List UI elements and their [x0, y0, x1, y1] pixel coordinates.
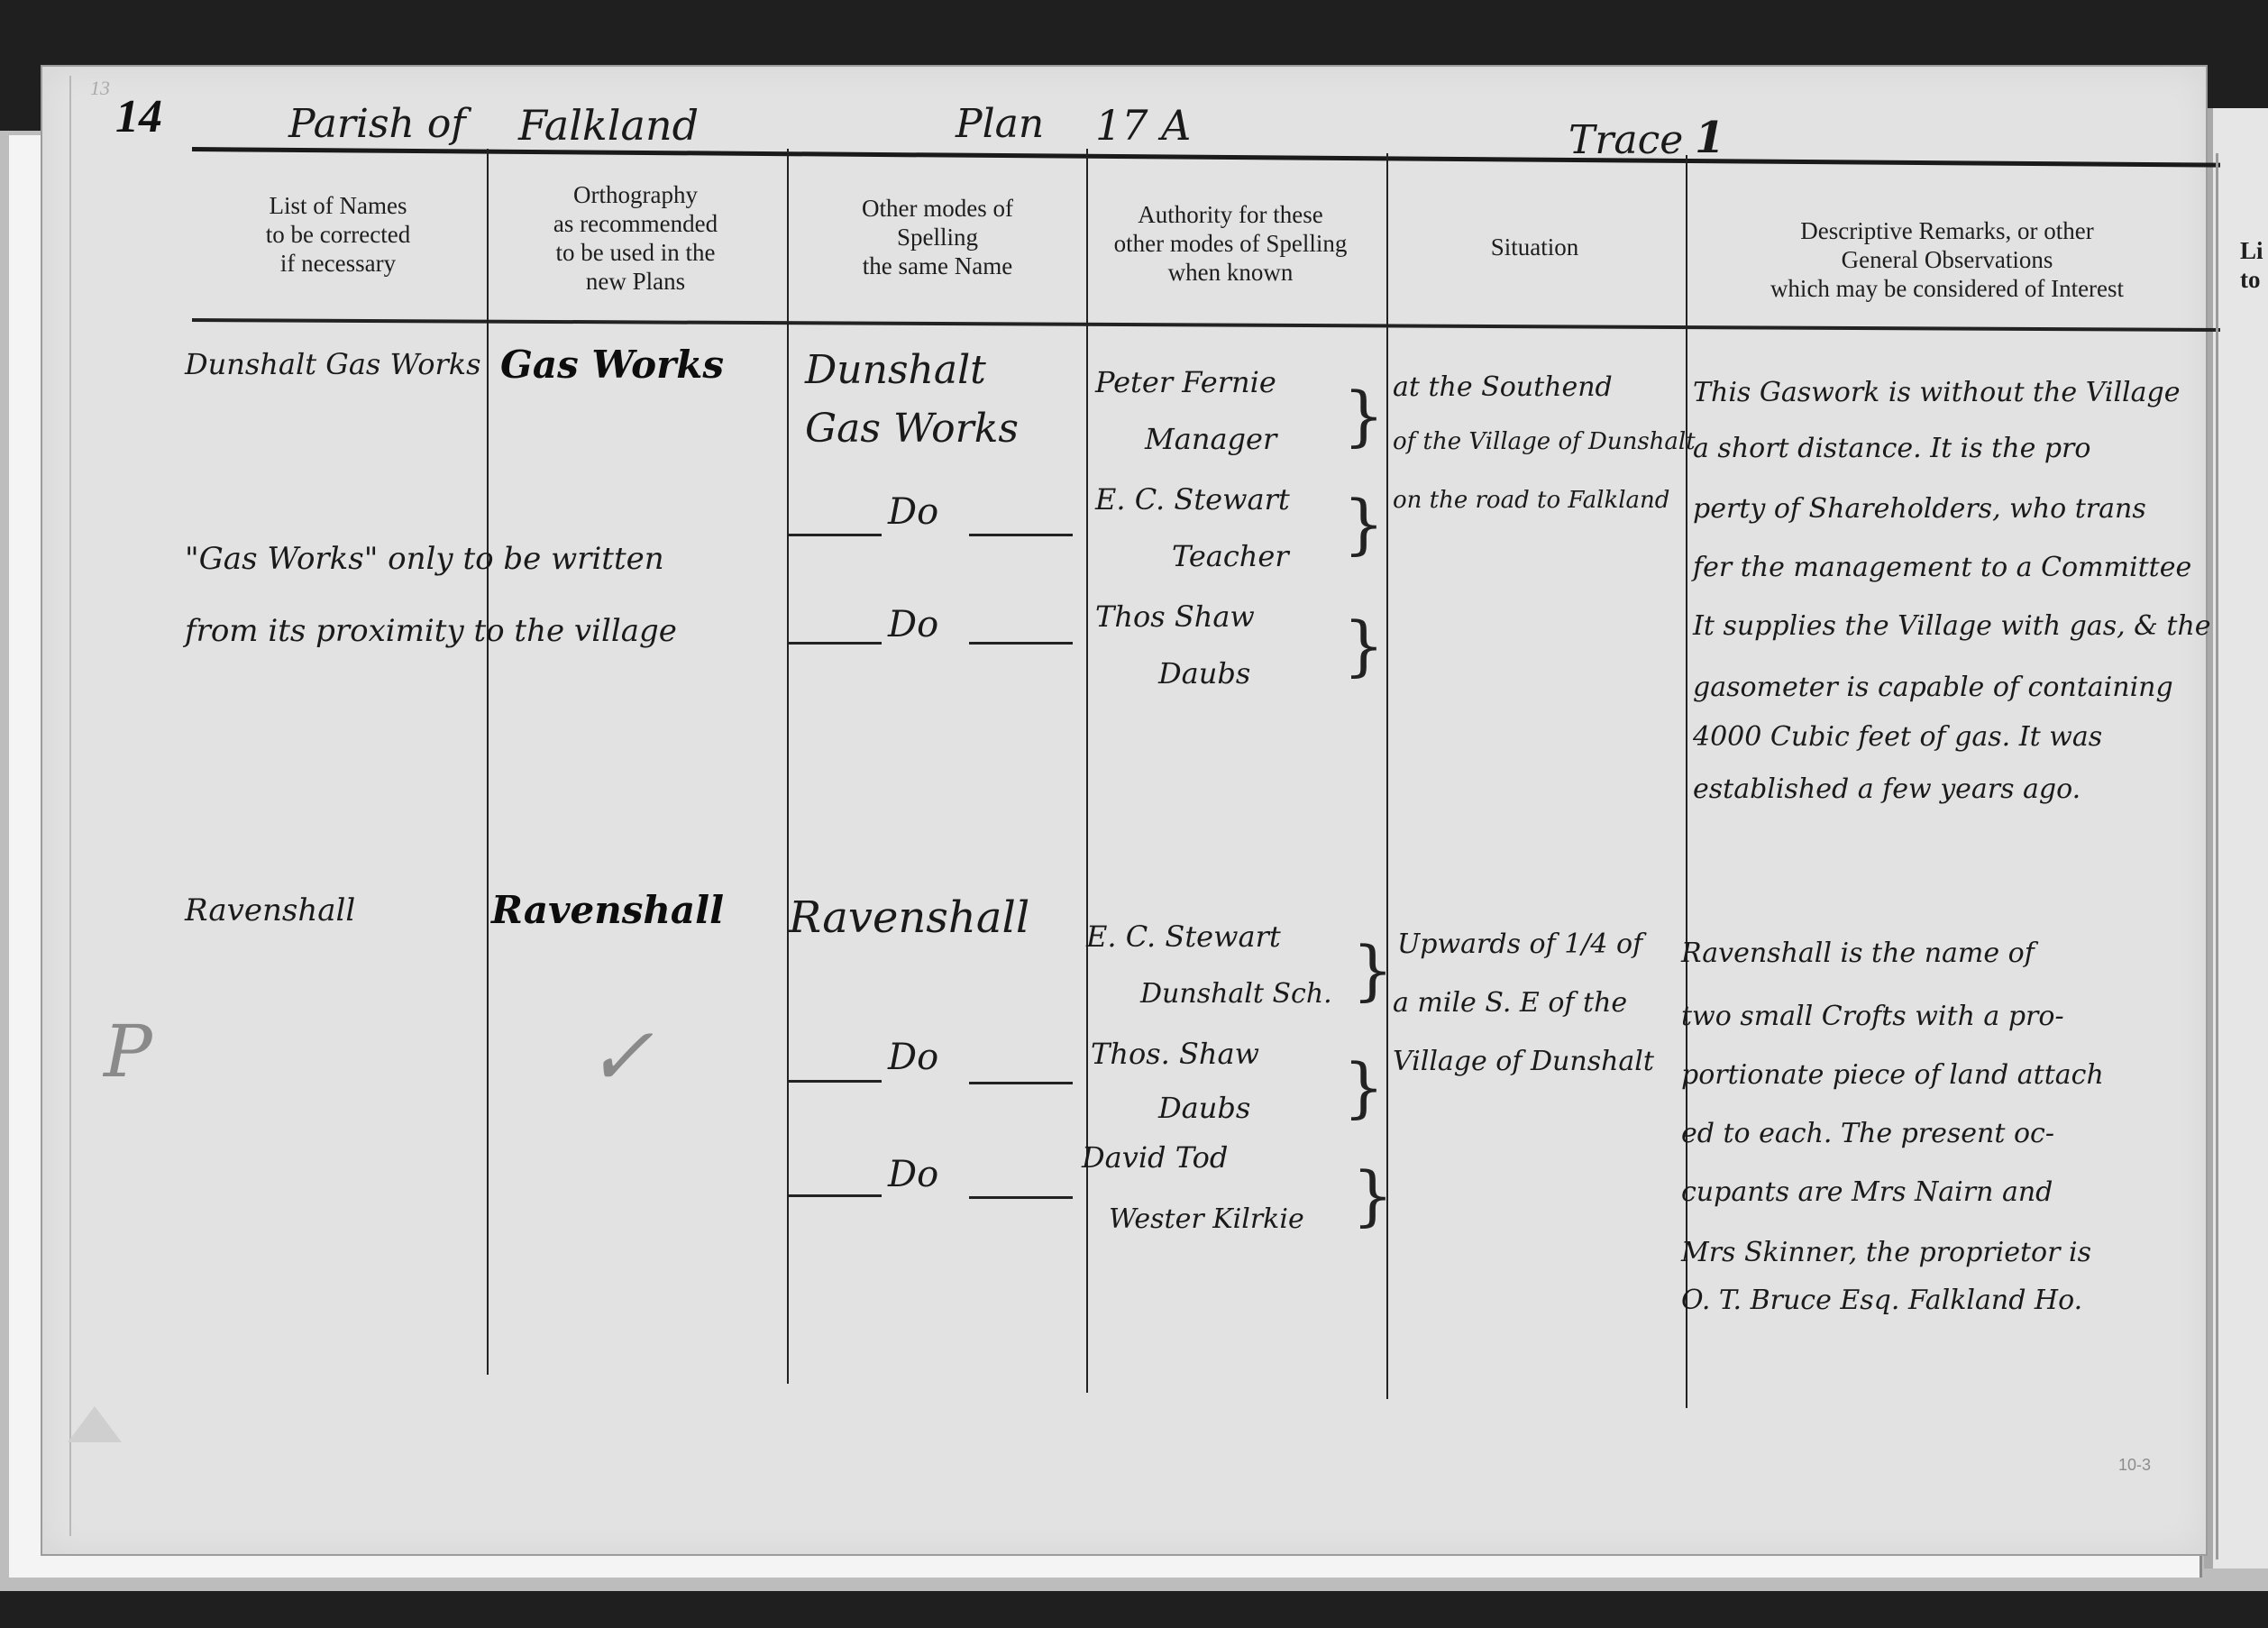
- remarks-line: It supplies the Village with gas, & the: [1693, 610, 2211, 642]
- other-mode-line-1: Ravenshall: [789, 892, 1029, 943]
- brace-icon: }: [1343, 383, 1385, 448]
- facing-page-header-fragment: Li to: [2240, 236, 2263, 294]
- parish-label: Parish of: [288, 101, 466, 147]
- situation-line-1: Upwards of 1/4 of: [1397, 928, 1642, 960]
- authority-role: Teacher: [1172, 539, 1289, 573]
- brace-icon: }: [1343, 613, 1385, 678]
- plan-label: Plan: [956, 101, 1044, 147]
- parish-name: Falkland: [518, 101, 699, 150]
- header-orthography: Orthography as recommended to be used in…: [487, 180, 784, 296]
- entry-orthography: Gas Works: [500, 343, 724, 387]
- ditto-rule: [787, 1194, 882, 1197]
- remarks-line: perty of Shareholders, who trans: [1693, 493, 2146, 525]
- corner-mount-tab: [68, 1406, 122, 1442]
- entry-name: Dunshalt Gas Works: [185, 347, 481, 381]
- column-rule-5: [1686, 155, 1687, 1408]
- brace-icon: }: [1343, 1055, 1385, 1120]
- situation-line-2: of the Village of Dunshalt: [1393, 428, 1696, 455]
- ditto-rule: [969, 1082, 1073, 1084]
- authority-name: Thos Shaw: [1095, 599, 1255, 634]
- plan-value: 17 A: [1095, 101, 1191, 150]
- remarks-line: gasometer is capable of containing: [1693, 672, 2173, 703]
- ditto-mark: Do: [888, 604, 938, 645]
- remarks-line: two small Crofts with a pro-: [1681, 1001, 2064, 1032]
- authority-role: Manager: [1145, 422, 1276, 456]
- faint-folio-number: 13: [90, 77, 110, 100]
- ditto-rule: [787, 534, 882, 536]
- authority-role: Daubs: [1158, 656, 1250, 691]
- remarks-line: portionate piece of land attach: [1681, 1059, 2104, 1091]
- remarks-line: a short distance. It is the pro: [1693, 433, 2090, 464]
- header-list-of-names: List of Names to be corrected if necessa…: [207, 191, 469, 278]
- authority-name: David Tod: [1082, 1140, 1228, 1175]
- column-rule-3: [1086, 149, 1088, 1393]
- brace-icon: }: [1352, 1163, 1394, 1228]
- entry-note-line-1: "Gas Works" only to be written: [185, 541, 664, 577]
- authority-name: Peter Fernie: [1095, 365, 1276, 399]
- ditto-rule: [969, 1196, 1073, 1199]
- margin-pencil-mark: P: [104, 1010, 152, 1093]
- ditto-mark: Do: [888, 491, 938, 533]
- header-situation: Situation: [1388, 233, 1681, 261]
- entry-orthography: Ravenshall: [491, 888, 724, 932]
- remarks-line: ed to each. The present oc-: [1681, 1118, 2054, 1149]
- brace-icon: }: [1352, 937, 1394, 1002]
- situation-line-3: Village of Dunshalt: [1393, 1046, 1654, 1077]
- trace-value: 1: [1695, 113, 1724, 163]
- ditto-rule: [969, 642, 1073, 645]
- column-rule-1: [487, 149, 489, 1375]
- remarks-line: Ravenshall is the name of: [1681, 937, 2035, 969]
- page-gutter-rule: [2216, 153, 2218, 1559]
- column-rule-2: [787, 149, 789, 1384]
- authority-role: Wester Kilrkie: [1109, 1203, 1304, 1235]
- situation-line-1: at the Southend: [1393, 371, 1613, 403]
- header-other-modes: Other modes of Spelling the same Name: [793, 194, 1082, 280]
- authority-name: E. C. Stewart: [1086, 919, 1281, 954]
- trace-label: Trace: [1568, 117, 1683, 163]
- archive-stamp: 10-3: [2118, 1456, 2151, 1475]
- authority-name: Thos. Shaw: [1091, 1037, 1259, 1071]
- folio-number: 14: [115, 90, 162, 143]
- header-authority: Authority for these other modes of Spell…: [1086, 200, 1375, 287]
- authority-role: Dunshalt Sch.: [1140, 978, 1332, 1010]
- authority-name: E. C. Stewart: [1095, 482, 1290, 517]
- ditto-mark: Do: [888, 1154, 938, 1195]
- ditto-rule: [787, 642, 882, 645]
- header-remarks: Descriptive Remarks, or other General Ob…: [1690, 216, 2204, 303]
- remarks-line: cupants are Mrs Nairn and: [1681, 1176, 2053, 1208]
- entry-name: Ravenshall: [185, 892, 355, 928]
- situation-line-2: a mile S. E of the: [1393, 987, 1627, 1019]
- check-mark-icon: ✓: [586, 1010, 654, 1104]
- ditto-rule: [969, 534, 1073, 536]
- remarks-line: 4000 Cubic feet of gas. It was: [1693, 721, 2102, 753]
- ditto-rule: [787, 1080, 882, 1083]
- entry-note-line-2: from its proximity to the village: [185, 613, 677, 649]
- remarks-line: This Gaswork is without the Village: [1693, 377, 2180, 408]
- remarks-line: fer the management to a Committee: [1693, 552, 2191, 583]
- brace-icon: }: [1343, 491, 1385, 556]
- situation-line-3: on the road to Falkland: [1393, 487, 1669, 514]
- remarks-line: established a few years ago.: [1693, 773, 2081, 805]
- other-mode-line-1: Dunshalt: [805, 347, 986, 393]
- other-mode-line-2: Gas Works: [805, 406, 1019, 452]
- authority-role: Daubs: [1158, 1091, 1250, 1125]
- remarks-line: O. T. Bruce Esq. Falkland Ho.: [1681, 1285, 2082, 1316]
- remarks-line: Mrs Skinner, the proprietor is: [1681, 1237, 2091, 1268]
- ditto-mark: Do: [888, 1037, 938, 1078]
